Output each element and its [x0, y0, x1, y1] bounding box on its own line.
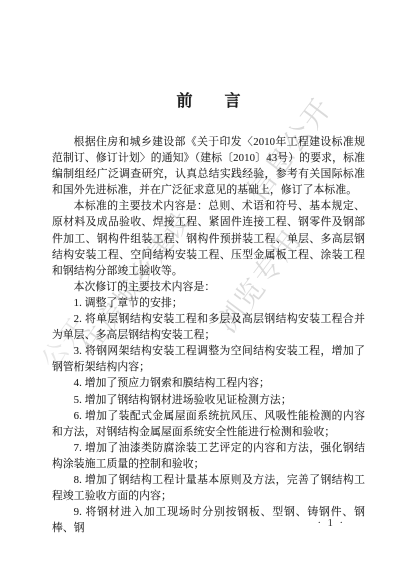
- foreword-paragraph: 根据住房和城乡建设部《关于印发〈2010年工程建设标准规范制订、修订计划〉的通知…: [52, 134, 365, 198]
- page-number: · 1 ·: [318, 518, 346, 529]
- foreword-list-item: 6. 增加了装配式金属屋面系统抗风压、风吸性能检测的内容和方法，对钢结构金属屋面…: [52, 408, 365, 440]
- foreword-list-item: 8. 增加了钢结构工程计量基本原则及方法，完善了钢结构工程竣工验收方面的内容；: [52, 472, 365, 504]
- foreword-paragraph: 本次修订的主要技术内容是：: [52, 279, 365, 295]
- foreword-list-item: 5. 增加了钢结构钢材进场验收见证检测方法；: [52, 392, 365, 408]
- foreword-body: 根据住房和城乡建设部《关于印发〈2010年工程建设标准规范制订、修订计划〉的通知…: [52, 134, 365, 536]
- foreword-paragraph: 本标准的主要技术内容是：总则、术语和符号、基本规定、原材料及成品验收、焊接工程、…: [52, 198, 365, 278]
- foreword-list-item: 4. 增加了预应力钢索和膜结构工程内容；: [52, 375, 365, 391]
- page-title: 前 言: [52, 88, 365, 111]
- foreword-list-item: 1. 调整了章节的安排；: [52, 295, 365, 311]
- foreword-list-item: 7. 增加了油漆类防腐涂装工艺评定的内容和方法，强化钢结构涂装施工质量的控制和验…: [52, 440, 365, 472]
- foreword-list-item: 2. 将单层钢结构安装工程和多层及高层钢结构安装工程合并为单层、多高层钢结构安装…: [52, 311, 365, 343]
- document-page: 住房城乡建设 信息公开 浏览专用 公开 前 言 根据住房和城乡建设部《关于印发〈…: [0, 0, 400, 577]
- foreword-list-item: 3. 将钢网架结构安装工程调整为空间结构安装工程，增加了钢管桁架结构内容；: [52, 343, 365, 375]
